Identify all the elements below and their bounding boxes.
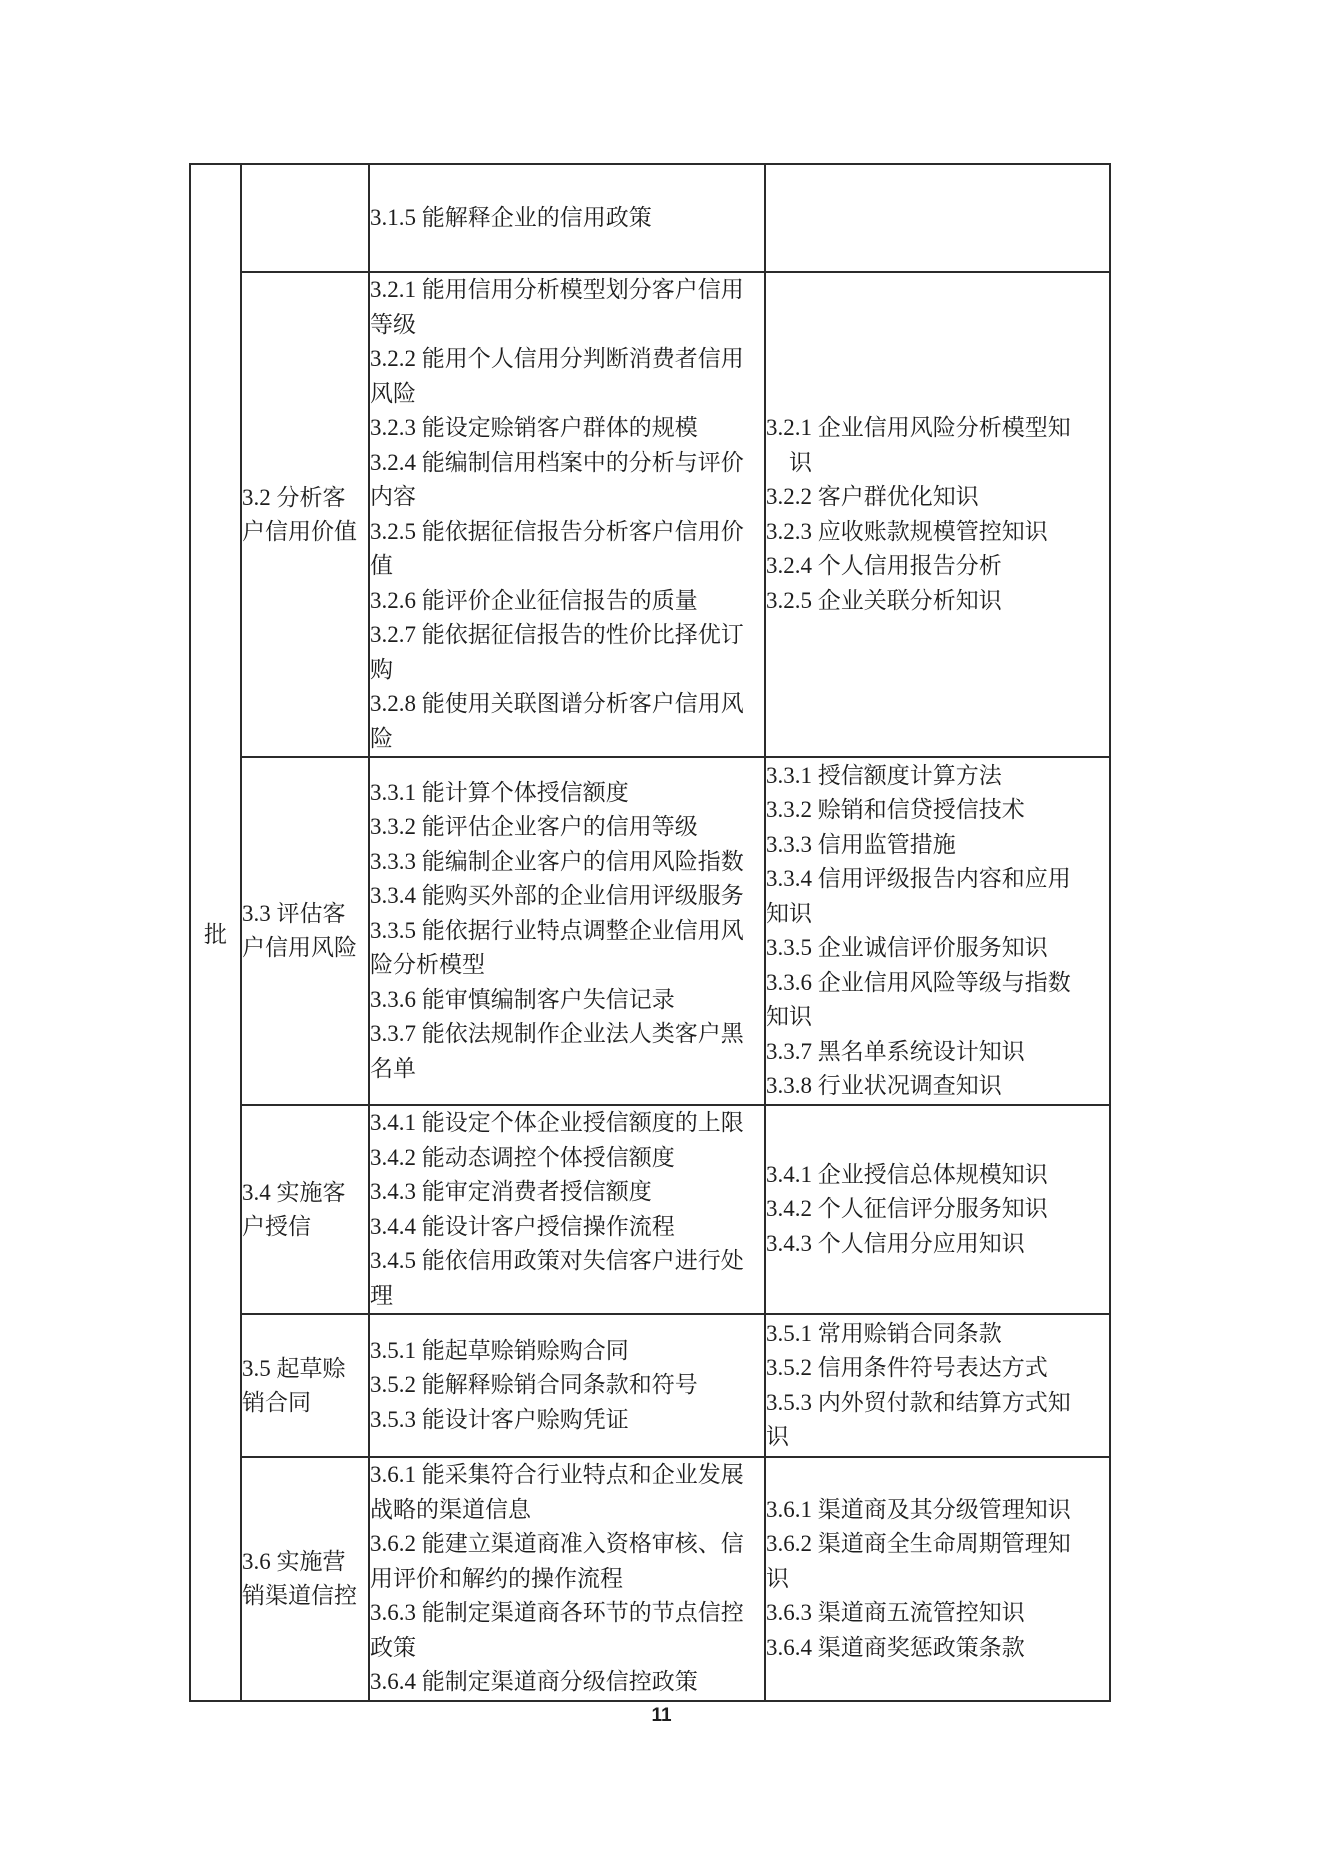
function-label: 批: [204, 922, 227, 947]
knowledge-item: 3.3.4 信用评级报告内容和应用 知识: [766, 862, 1109, 931]
skill-item: 3.3.1 能计算个体授信额度: [370, 776, 764, 811]
knowledge-cell: 3.5.1 常用赊销合同条款 3.5.2 信用条件符号表达方式 3.5.3 内外…: [765, 1314, 1110, 1457]
skill-item: 3.3.4 能购买外部的企业信用评级服务: [370, 879, 764, 914]
document-page: 批 3.1.5 能解释企业的信用政策 3.2 分析客 户信用价值 3.2.1 能…: [0, 0, 1323, 1871]
task-cell: [241, 164, 369, 272]
skill-item: 3.2.5 能依据征信报告分析客户信用价 值: [370, 515, 764, 584]
knowledge-cell: 3.4.1 企业授信总体规模知识 3.4.2 个人征信评分服务知识 3.4.3 …: [765, 1105, 1110, 1314]
skill-item: 3.3.2 能评估企业客户的信用等级: [370, 810, 764, 845]
knowledge-item: 3.5.3 内外贸付款和结算方式知 识: [766, 1386, 1109, 1455]
skill-item: 3.4.3 能审定消费者授信额度: [370, 1175, 764, 1210]
occupation-standard-table: 批 3.1.5 能解释企业的信用政策 3.2 分析客 户信用价值 3.2.1 能…: [189, 163, 1111, 1702]
skills-cell: 3.5.1 能起草赊销赊购合同 3.5.2 能解释赊销合同条款和符号 3.5.3…: [369, 1314, 765, 1457]
knowledge-item: 3.2.5 企业关联分析知识: [766, 584, 1109, 619]
skill-item: 3.1.5 能解释企业的信用政策: [370, 201, 764, 236]
knowledge-item: 3.3.8 行业状况调查知识: [766, 1069, 1109, 1104]
knowledge-item: 3.5.1 常用赊销合同条款: [766, 1317, 1109, 1352]
skill-item: 3.4.5 能依信用政策对失信客户进行处 理: [370, 1244, 764, 1313]
knowledge-item: 3.6.3 渠道商五流管控知识: [766, 1596, 1109, 1631]
knowledge-item: 3.3.5 企业诚信评价服务知识: [766, 931, 1109, 966]
skill-item: 3.4.4 能设计客户授信操作流程: [370, 1210, 764, 1245]
knowledge-item: 3.2.4 个人信用报告分析: [766, 549, 1109, 584]
skill-item: 3.2.6 能评价企业征信报告的质量: [370, 584, 764, 619]
skill-item: 3.2.8 能使用关联图谱分析客户信用风 险: [370, 687, 764, 756]
knowledge-cell: 3.2.1 企业信用风险分析模型知 识 3.2.2 客户群优化知识 3.2.3 …: [765, 272, 1110, 757]
knowledge-cell: [765, 164, 1110, 272]
skill-item: 3.3.3 能编制企业客户的信用风险指数: [370, 845, 764, 880]
skill-item: 3.2.4 能编制信用档案中的分析与评价 内容: [370, 446, 764, 515]
skills-cell: 3.2.1 能用信用分析模型划分客户信用 等级 3.2.2 能用个人信用分判断消…: [369, 272, 765, 757]
task-cell: 3.3 评估客 户信用风险: [241, 757, 369, 1105]
knowledge-item: 3.5.2 信用条件符号表达方式: [766, 1351, 1109, 1386]
skill-item: 3.3.7 能依法规制作企业法人类客户黑 名单: [370, 1017, 764, 1086]
knowledge-item: 3.4.1 企业授信总体规模知识: [766, 1158, 1109, 1193]
skill-item: 3.6.2 能建立渠道商准入资格审核、信 用评价和解约的操作流程: [370, 1527, 764, 1596]
skill-item: 3.6.3 能制定渠道商各环节的节点信控 政策: [370, 1596, 764, 1665]
skill-item: 3.4.2 能动态调控个体授信额度: [370, 1141, 764, 1176]
skill-item: 3.5.3 能设计客户赊购凭证: [370, 1403, 764, 1438]
knowledge-item: 3.2.3 应收账款规模管控知识: [766, 515, 1109, 550]
knowledge-item: 3.2.2 客户群优化知识: [766, 480, 1109, 515]
skill-item: 3.6.1 能采集符合行业特点和企业发展 战略的渠道信息: [370, 1458, 764, 1527]
skill-item: 3.5.1 能起草赊销赊购合同: [370, 1334, 764, 1369]
knowledge-cell: 3.3.1 授信额度计算方法 3.3.2 赊销和信贷授信技术 3.3.3 信用监…: [765, 757, 1110, 1105]
function-cell: 批: [190, 164, 241, 1701]
skills-cell: 3.3.1 能计算个体授信额度 3.3.2 能评估企业客户的信用等级 3.3.3…: [369, 757, 765, 1105]
task-cell: 3.5 起草赊 销合同: [241, 1314, 369, 1457]
skills-cell: 3.6.1 能采集符合行业特点和企业发展 战略的渠道信息 3.6.2 能建立渠道…: [369, 1457, 765, 1701]
knowledge-item: 3.3.6 企业信用风险等级与指数 知识: [766, 966, 1109, 1035]
skill-item: 3.2.1 能用信用分析模型划分客户信用 等级: [370, 273, 764, 342]
skill-item: 3.3.5 能依据行业特点调整企业信用风 险分析模型: [370, 914, 764, 983]
page-number: 11: [0, 1705, 1323, 1727]
task-cell: 3.2 分析客 户信用价值: [241, 272, 369, 757]
knowledge-item: 3.3.3 信用监管措施: [766, 828, 1109, 863]
knowledge-item: 3.4.3 个人信用分应用知识: [766, 1227, 1109, 1262]
knowledge-item: 3.6.1 渠道商及其分级管理知识: [766, 1493, 1109, 1528]
task-cell: 3.6 实施营 销渠道信控: [241, 1457, 369, 1701]
knowledge-item: 3.2.1 企业信用风险分析模型知 识: [766, 411, 1109, 480]
skill-item: 3.3.6 能审慎编制客户失信记录: [370, 983, 764, 1018]
skill-item: 3.2.2 能用个人信用分判断消费者信用 风险: [370, 342, 764, 411]
knowledge-item: 3.3.7 黑名单系统设计知识: [766, 1035, 1109, 1070]
task-cell: 3.4 实施客 户授信: [241, 1105, 369, 1314]
skill-item: 3.2.7 能依据征信报告的性价比择优订 购: [370, 618, 764, 687]
knowledge-item: 3.6.2 渠道商全生命周期管理知 识: [766, 1527, 1109, 1596]
knowledge-item: 3.3.2 赊销和信贷授信技术: [766, 793, 1109, 828]
knowledge-item: 3.3.1 授信额度计算方法: [766, 759, 1109, 794]
skill-item: 3.5.2 能解释赊销合同条款和符号: [370, 1368, 764, 1403]
skill-item: 3.2.3 能设定赊销客户群体的规模: [370, 411, 764, 446]
skills-cell: 3.1.5 能解释企业的信用政策: [369, 164, 765, 272]
skill-item: 3.6.4 能制定渠道商分级信控政策: [370, 1665, 764, 1700]
skills-cell: 3.4.1 能设定个体企业授信额度的上限 3.4.2 能动态调控个体授信额度 3…: [369, 1105, 765, 1314]
knowledge-item: 3.4.2 个人征信评分服务知识: [766, 1192, 1109, 1227]
skill-item: 3.4.1 能设定个体企业授信额度的上限: [370, 1106, 764, 1141]
knowledge-item: 3.6.4 渠道商奖惩政策条款: [766, 1631, 1109, 1666]
knowledge-cell: 3.6.1 渠道商及其分级管理知识 3.6.2 渠道商全生命周期管理知 识 3.…: [765, 1457, 1110, 1701]
